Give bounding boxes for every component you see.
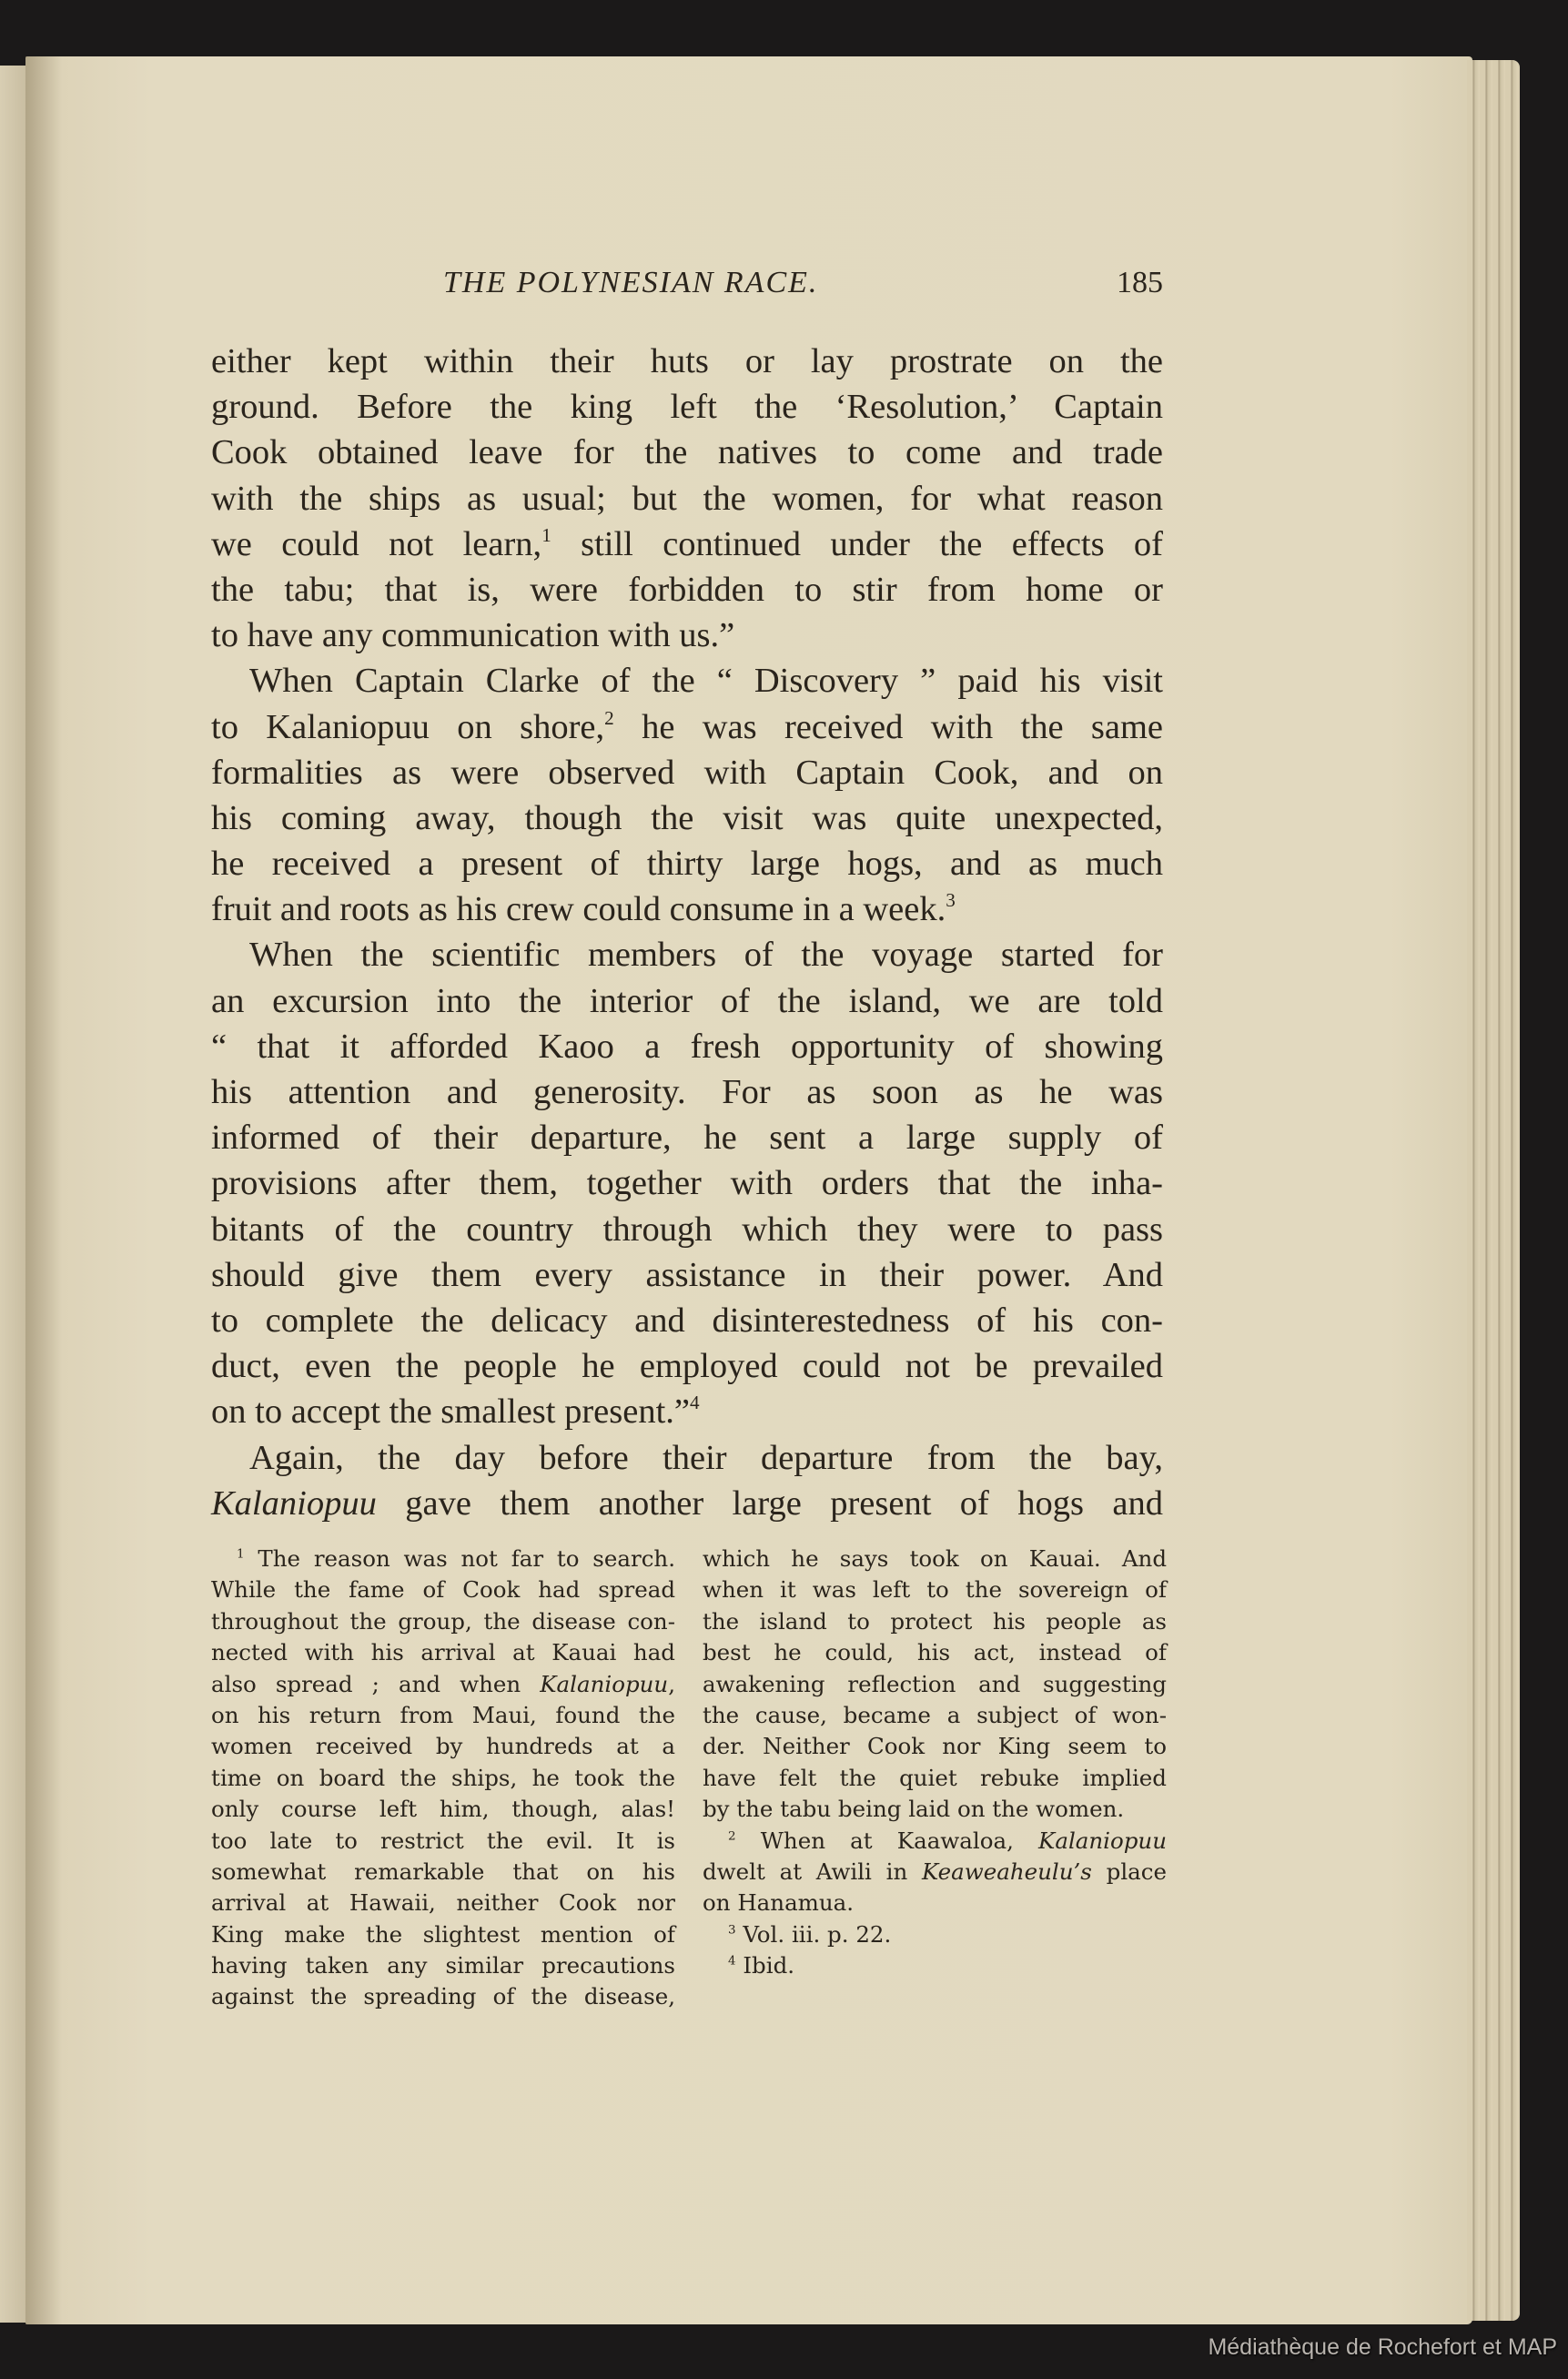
footnote-line: While the fame of Cook had spread xyxy=(211,1574,675,1605)
footnote-line: time on board the ships, he took the xyxy=(211,1763,675,1794)
body-line: “ that it afforded Kaoo a fresh opportun… xyxy=(211,1024,1163,1069)
footnote-line: by the tabu being laid on the women. xyxy=(703,1794,1167,1825)
footnote-line: throughout the group, the disease con- xyxy=(211,1606,675,1637)
body-line: Again, the day before their departure fr… xyxy=(211,1435,1163,1481)
footnote-line: which he says took on Kauai. And xyxy=(703,1544,1167,1574)
body-line: his attention and generosity. For as soo… xyxy=(211,1069,1163,1115)
footnote-line: best he could, his act, instead of xyxy=(703,1637,1167,1668)
footnote-line: arrival at Hawaii, neither Cook nor xyxy=(211,1888,675,1918)
footnote-marker: 2 xyxy=(728,1828,736,1843)
body-line: we could not learn,1 still continued und… xyxy=(211,521,1163,567)
body-line: formalities as were observed with Captai… xyxy=(211,750,1163,795)
footnote-line: dwelt at Awili in Keaweaheulu’s place xyxy=(703,1857,1167,1888)
footnote-line: women received by hundreds at a xyxy=(211,1731,675,1762)
footnote-marker: 3 xyxy=(728,1922,736,1937)
footnote-line: 4 Ibid. xyxy=(703,1950,1167,1981)
body-line: Cook obtained leave for the natives to c… xyxy=(211,430,1163,475)
italic-name: Kalaniopuu xyxy=(211,1484,377,1523)
running-title: THE POLYNESIAN RACE. xyxy=(443,266,818,300)
footnote-line: awakening reflection and suggesting xyxy=(703,1669,1167,1700)
footnote-marker: 1 xyxy=(237,1547,245,1562)
body-line: his coming away, though the visit was qu… xyxy=(211,795,1163,841)
footnote-line: when it was left to the sovereign of xyxy=(703,1574,1167,1605)
facing-page-edge xyxy=(0,66,25,2323)
body-line: with the ships as usual; but the women, … xyxy=(211,476,1163,521)
running-head: THE POLYNESIAN RACE. 185 xyxy=(211,266,1163,309)
footnote-line: der. Neither Cook nor King seem to xyxy=(703,1731,1167,1762)
footnote-column-right: which he says took on Kauai. And when it… xyxy=(703,1544,1167,1981)
footnote-line: the cause, became a subject of won- xyxy=(703,1700,1167,1731)
body-line: informed of their departure, he sent a l… xyxy=(211,1115,1163,1160)
footnote-column-left: 1 The reason was not far to search. Whil… xyxy=(211,1544,675,2013)
body-line: duct, even the people he employed could … xyxy=(211,1343,1163,1389)
body-line: When the scientific members of the voyag… xyxy=(211,932,1163,977)
footnote-line: nected with his arrival at Kauai had xyxy=(211,1637,675,1668)
body-line: an excursion into the interior of the is… xyxy=(211,978,1163,1024)
page-stack-edges xyxy=(1467,60,1520,2321)
footnote-ref[interactable]: 3 xyxy=(946,889,956,911)
body-text: either kept within their huts or lay pro… xyxy=(211,339,1163,1526)
body-line: should give them every assistance in the… xyxy=(211,1252,1163,1298)
footnote-ref[interactable]: 4 xyxy=(690,1392,700,1414)
footnote-line: somewhat remarkable that on his xyxy=(211,1857,675,1888)
page-number: 185 xyxy=(1117,266,1163,300)
body-line: to have any communication with us.” xyxy=(211,612,1163,658)
footnote-line: against the spreading of the disease, xyxy=(211,1981,675,2012)
footnote-line: too late to restrict the evil. It is xyxy=(211,1826,675,1857)
body-line: the tabu; that is, were forbidden to sti… xyxy=(211,567,1163,612)
footnote-line: having taken any similar precautions xyxy=(211,1950,675,1981)
body-line: he received a present of thirty large ho… xyxy=(211,841,1163,886)
footnote-line: only course left him, though, alas! xyxy=(211,1794,675,1825)
body-line: on to accept the smallest present.”4 xyxy=(211,1389,1163,1434)
footnote-ref[interactable]: 2 xyxy=(604,707,614,729)
footnote-line: 3 Vol. iii. p. 22. xyxy=(703,1919,1167,1950)
footnote-line: King make the slightest mention of xyxy=(211,1919,675,1950)
footnote-line: also spread ; and when Kalaniopuu, xyxy=(211,1669,675,1700)
body-line: to complete the delicacy and disinterest… xyxy=(211,1298,1163,1343)
body-line: Kalaniopuu gave them another large prese… xyxy=(211,1481,1163,1526)
body-line: provisions after them, together with ord… xyxy=(211,1160,1163,1206)
body-line: fruit and roots as his crew could consum… xyxy=(211,886,1163,932)
footnote-line: on Hanamua. xyxy=(703,1888,1167,1918)
footnote-line: the island to protect his people as xyxy=(703,1606,1167,1637)
footnote-line: 1 The reason was not far to search. xyxy=(211,1544,675,1574)
gutter-shadow xyxy=(25,56,62,2324)
footnote-line: on his return from Maui, found the xyxy=(211,1700,675,1731)
library-watermark: Médiathèque de Rochefort et MAP xyxy=(1208,2334,1557,2361)
footnote-ref[interactable]: 1 xyxy=(541,524,551,546)
body-line: to Kalaniopuu on shore,2 he was received… xyxy=(211,704,1163,750)
footnote-line: have felt the quiet rebuke implied xyxy=(703,1763,1167,1794)
footnote-marker: 4 xyxy=(728,1954,736,1969)
body-line: bitants of the country through which the… xyxy=(211,1207,1163,1252)
body-line: either kept within their huts or lay pro… xyxy=(211,339,1163,384)
body-line: ground. Before the king left the ‘Resolu… xyxy=(211,384,1163,430)
footnote-line: 2 When at Kaawaloa, Kalaniopuu xyxy=(703,1826,1167,1857)
body-line: When Captain Clarke of the “ Discovery ”… xyxy=(211,658,1163,704)
